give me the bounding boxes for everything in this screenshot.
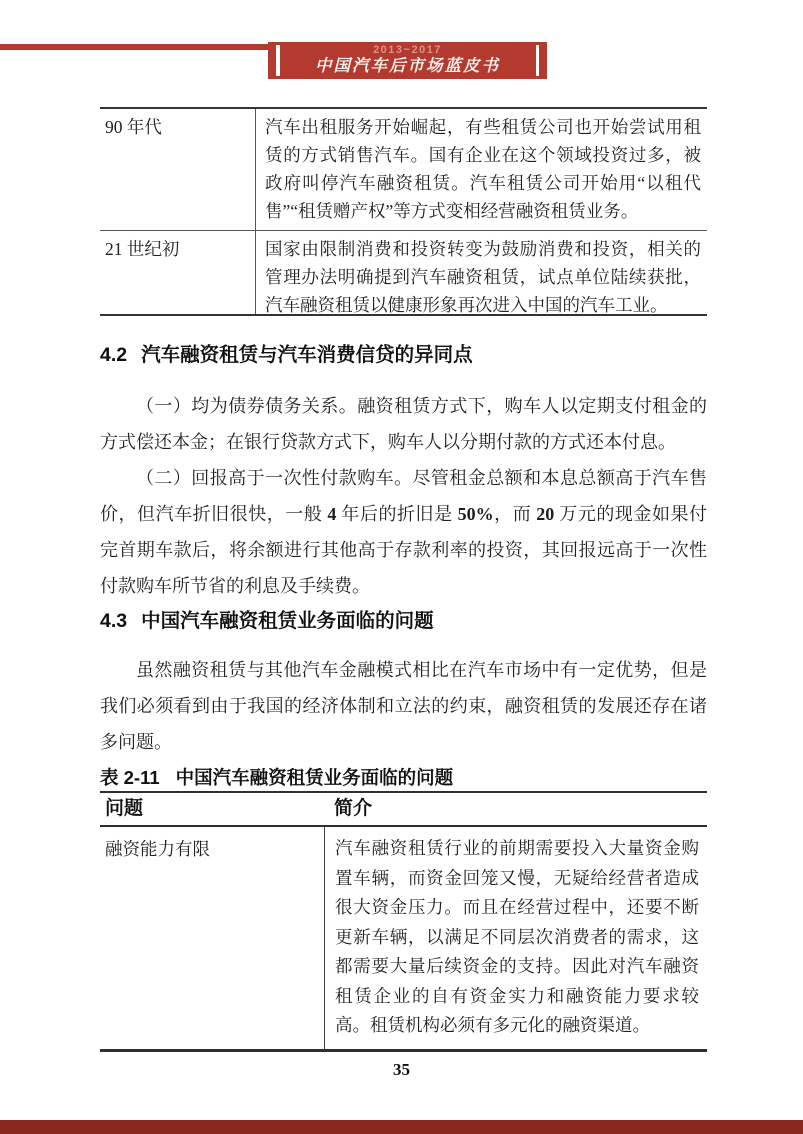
section-heading-4-3: 4.3中国汽车融资租赁业务面临的问题 bbox=[100, 608, 707, 634]
problems-table: 问题 简介 融资能力有限 汽车融资租赁行业的前期需要投入大量资金购置车辆，而资金… bbox=[100, 791, 707, 1052]
section-heading-4-2: 4.2汽车融资租赁与汽车消费信贷的异同点 bbox=[100, 342, 707, 368]
document-page: 2013~2017 中国汽车后市场蓝皮书 90 年代 汽车出租服务开始崛起，有些… bbox=[0, 0, 803, 1134]
brand-box-inner-bar-right bbox=[536, 45, 540, 76]
brand-box-inner-bar-left bbox=[276, 45, 280, 76]
intro-cell: 汽车融资租赁行业的前期需要投入大量资金购置车辆，而资金回笼又慢，无疑给经营者造成… bbox=[324, 827, 707, 1049]
heading-text: 中国汽车融资租赁业务面临的问题 bbox=[141, 610, 434, 632]
brand-years: 2013~2017 bbox=[268, 44, 547, 57]
footer-bar bbox=[0, 1120, 803, 1134]
description-cell: 国家由限制消费和投资转变为鼓励消费和投资，相关的管理办法明确提到汽车融资租赁，试… bbox=[255, 231, 707, 314]
description-cell: 汽车出租服务开始崛起，有些租赁公司也开始尝试用租赁的方式销售汽车。国有企业在这个… bbox=[255, 109, 707, 230]
brand-bar-left bbox=[0, 44, 268, 50]
paragraph-2: （二）回报高于一次性付款购车。尽管租金总额和本息总额高于汽车售价，但汽车折旧很快… bbox=[100, 460, 707, 604]
paragraph-1: （一）均为债券债务关系。融资租赁方式下，购车人以定期支付租金的方式偿还本金；在银… bbox=[100, 388, 707, 460]
table-header-row: 问题 简介 bbox=[100, 793, 707, 827]
caption-label: 表 2-11 bbox=[100, 767, 160, 788]
problem-cell: 融资能力有限 bbox=[100, 827, 324, 1049]
heading-number: 4.3 bbox=[100, 610, 127, 632]
heading-number: 4.2 bbox=[100, 344, 127, 366]
page-number: 35 bbox=[0, 1060, 803, 1080]
brand-title: 中国汽车后市场蓝皮书 bbox=[268, 57, 547, 76]
brand-box: 2013~2017 中国汽车后市场蓝皮书 bbox=[268, 42, 547, 79]
period-cell: 21 世纪初 bbox=[100, 231, 255, 314]
heading-text: 汽车融资租赁与汽车消费信贷的异同点 bbox=[141, 344, 473, 366]
paragraph-3: 虽然融资租赁与其他汽车金融模式相比在汽车市场中有一定优势，但是我们必须看到由于我… bbox=[100, 652, 707, 760]
table-row: 90 年代 汽车出租服务开始崛起，有些租赁公司也开始尝试用租赁的方式销售汽车。国… bbox=[100, 109, 707, 230]
table-row: 21 世纪初 国家由限制消费和投资转变为鼓励消费和投资，相关的管理办法明确提到汽… bbox=[100, 230, 707, 314]
column-header-intro: 简介 bbox=[324, 793, 707, 825]
caption-title: 中国汽车融资租赁业务面临的问题 bbox=[176, 767, 454, 788]
table-caption: 表 2-11中国汽车融资租赁业务面临的问题 bbox=[100, 766, 707, 790]
table-row: 融资能力有限 汽车融资租赁行业的前期需要投入大量资金购置车辆，而资金回笼又慢，无… bbox=[100, 827, 707, 1049]
timeline-table: 90 年代 汽车出租服务开始崛起，有些租赁公司也开始尝试用租赁的方式销售汽车。国… bbox=[100, 107, 707, 316]
period-cell: 90 年代 bbox=[100, 109, 255, 230]
column-header-problem: 问题 bbox=[100, 793, 324, 825]
